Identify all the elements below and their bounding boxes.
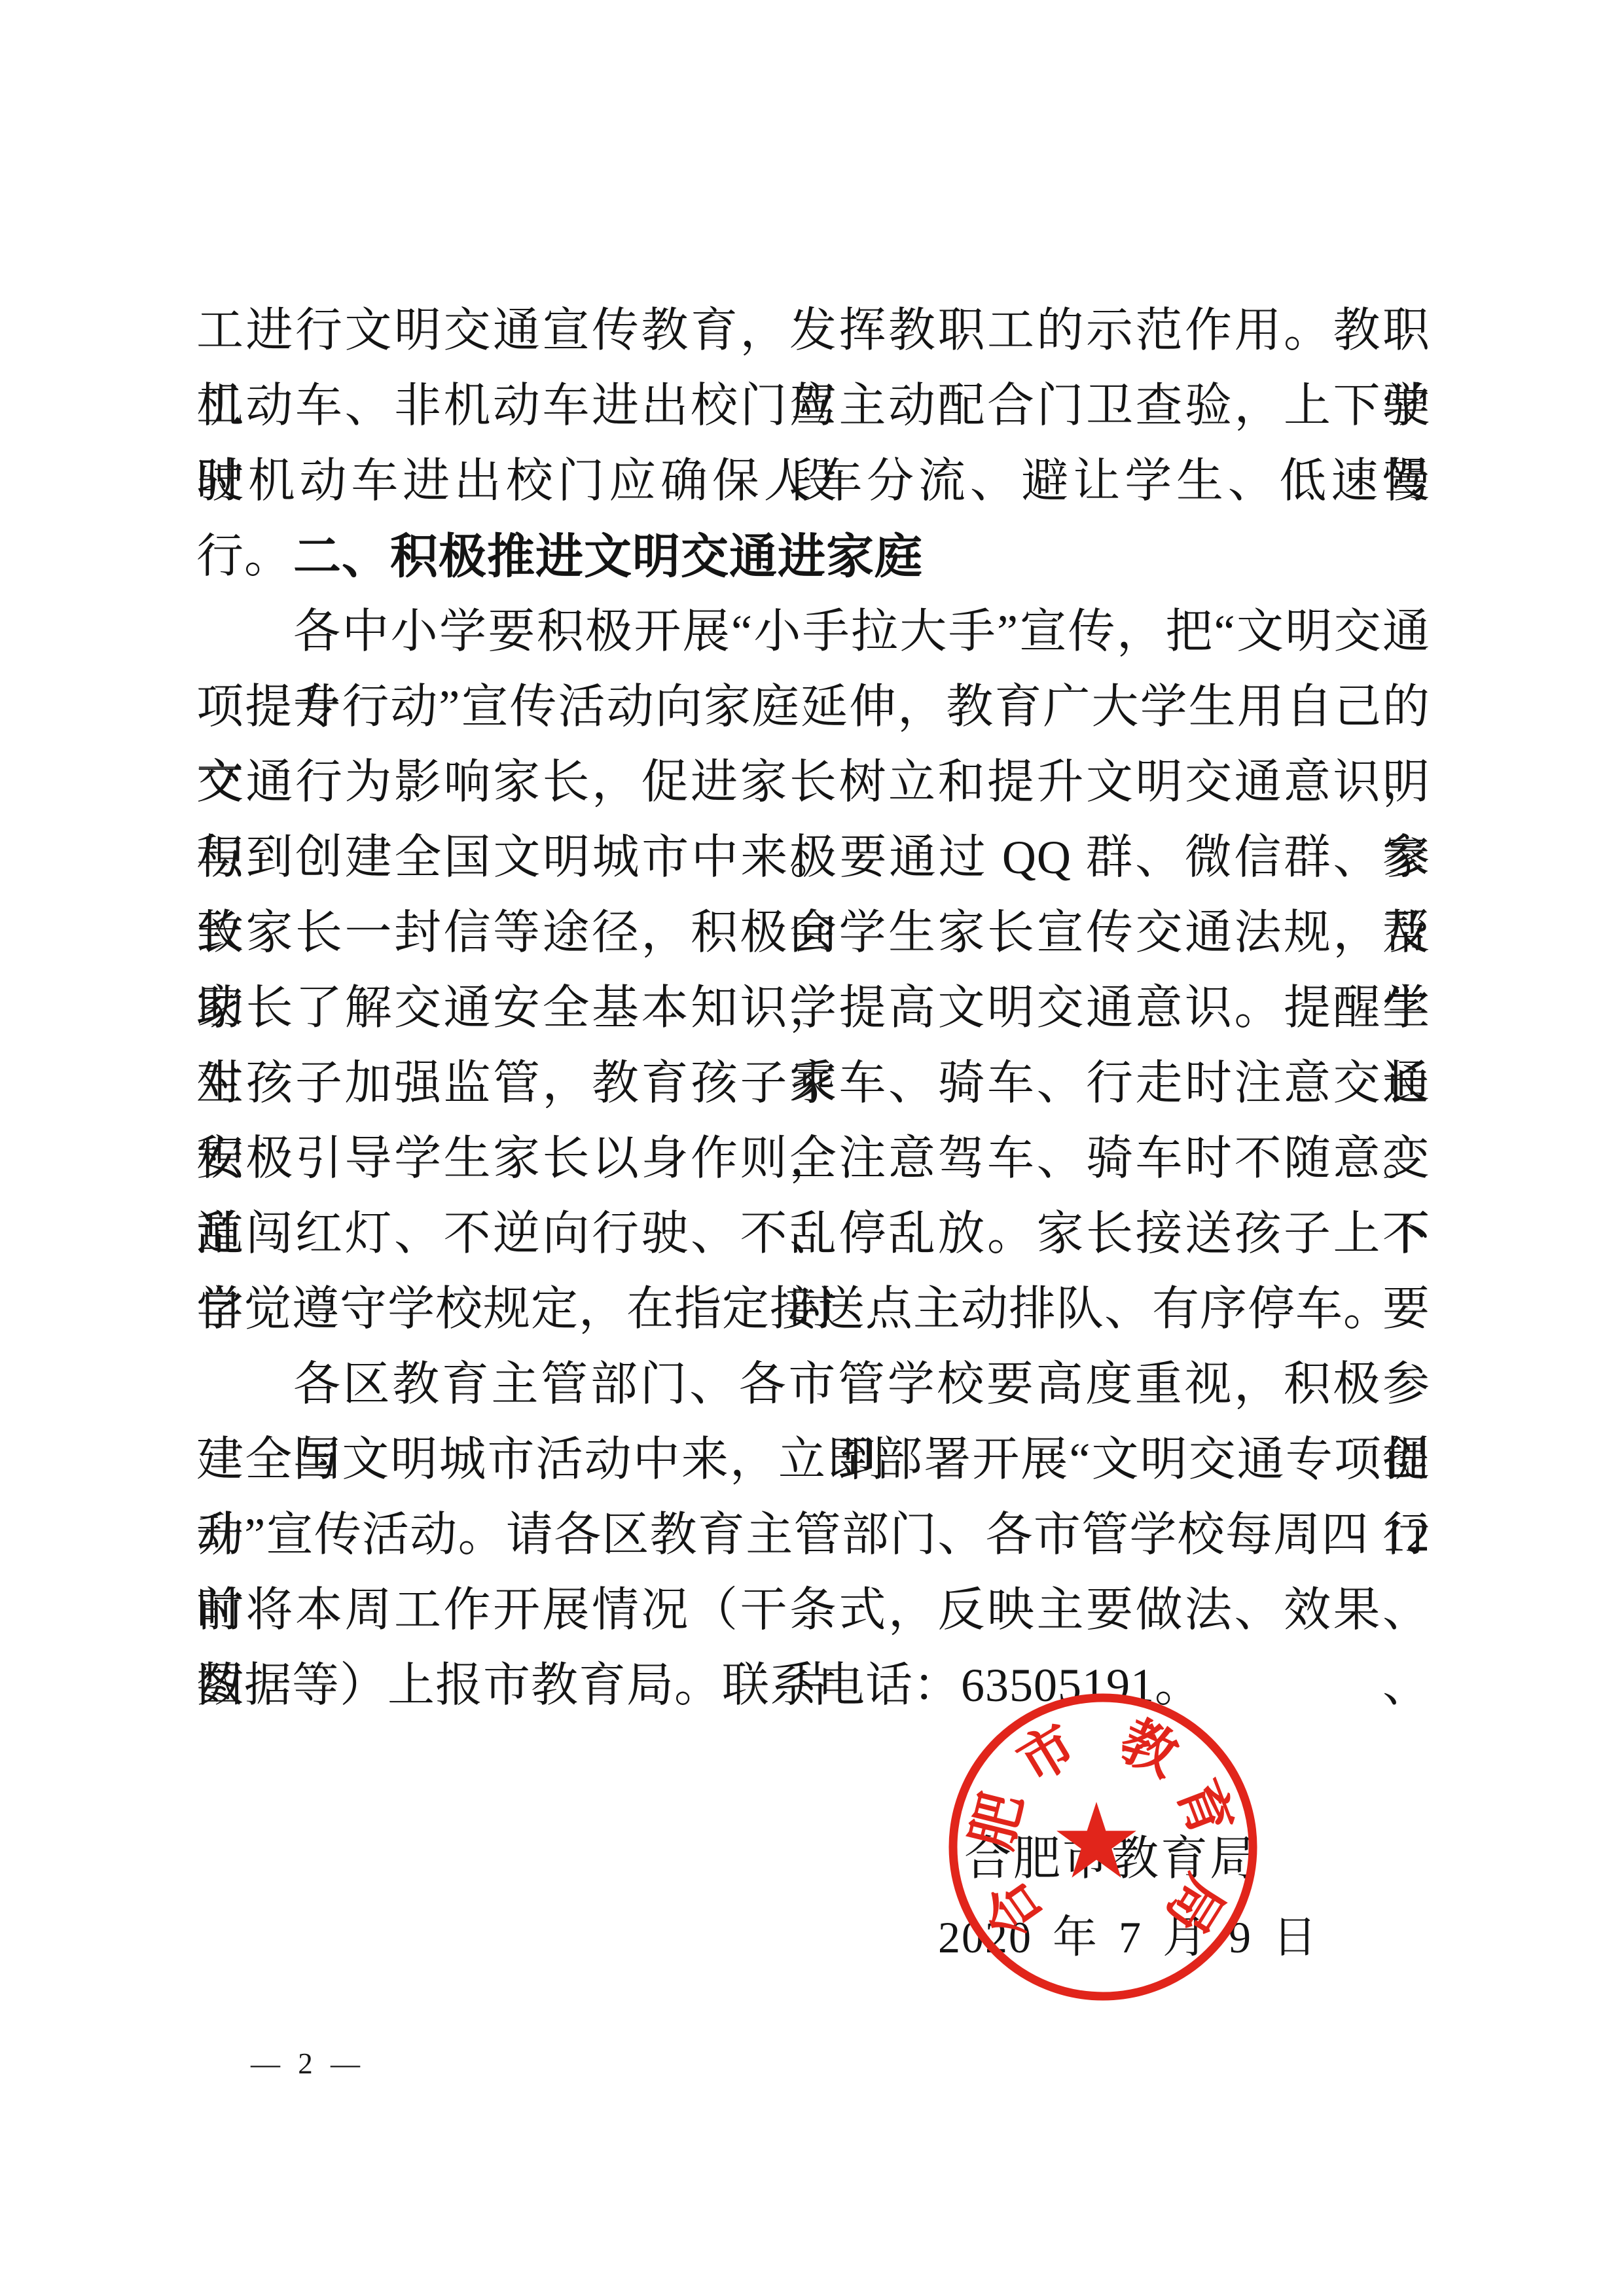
star-icon [1056, 1802, 1136, 1878]
official-seal: 合 肥 市 教 育 局 [943, 1689, 1270, 2009]
body-line: 与到创建全国文明城市中来。要通过 QQ 群、微信群、家长会及 [196, 820, 1430, 895]
body-line: 乱闯红灯、不逆向行驶、不乱停乱放。家长接送孩子上下学时要 [196, 1196, 1430, 1272]
body-line: 项提升行动”宣传活动向家庭延伸，教育广大学生用自己的文明 [196, 670, 1430, 745]
body-line: 对孩子加强监管，教育孩子乘车、骑车、行走时注意交通安全。 [196, 1046, 1430, 1121]
body-line: 自觉遵守学校规定，在指定接送点主动排队、有序停车。 [196, 1272, 1430, 1347]
seal-ring-char: 育 [1166, 1772, 1242, 1845]
document-page: 工进行文明交通宣传教育，发挥教职工的示范作用。教职工驾驶 机动车、非机动车进出校… [0, 0, 1624, 2296]
page-number: — 2 — [251, 2045, 365, 2082]
body-line: 致家长一封信等途径，积极向学生家长宣传交通法规，帮助学生 [196, 895, 1430, 971]
body-line: 前将本周工作开展情况（干条式，反映主要做法、效果、图片、 [196, 1573, 1430, 1648]
body-line: 驶机动车进出校门应确保人车分流、避让学生、低速慢行。 [196, 444, 1430, 519]
body-line: 交通行为影响家长，促进家长树立和提升文明交通意识，积极参 [196, 745, 1430, 820]
body-line: 建全国文明城市活动中来，立即部署开展“文明交通专项提升行 [196, 1422, 1430, 1498]
body-line: 动”宣传活动。请各区教育主管部门、各市管学校每周四 12 时 [196, 1498, 1430, 1573]
seal-ring-char: 肥 [962, 1787, 1035, 1855]
body-line: 工进行文明交通宣传教育，发挥教职工的示范作用。教职工驾驶 [196, 293, 1430, 368]
body-line: 各中小学要积极开展“小手拉大手”宣传，把“文明交通专 [196, 594, 1430, 670]
body-line: 各区教育主管部门、各市管学校要高度重视，积极参与到创 [196, 1347, 1430, 1422]
body-line: 积极引导学生家长以身作则，注意驾车、骑车时不随意变道、不 [196, 1121, 1430, 1196]
seal-ring-char: 教 [1111, 1710, 1187, 1789]
body-text: 工进行文明交通宣传教育，发挥教职工的示范作用。教职工驾驶 机动车、非机动车进出校… [196, 293, 1430, 1723]
body-line: 家长了解交通安全基本知识，提高文明交通意识。提醒学生家长 [196, 971, 1430, 1046]
section-heading: 二、积极推进文明交通进家庭 [196, 519, 1430, 594]
body-line: 机动车、非机动车进出校门应主动配合门卫查验，上下学时段驾 [196, 368, 1430, 444]
